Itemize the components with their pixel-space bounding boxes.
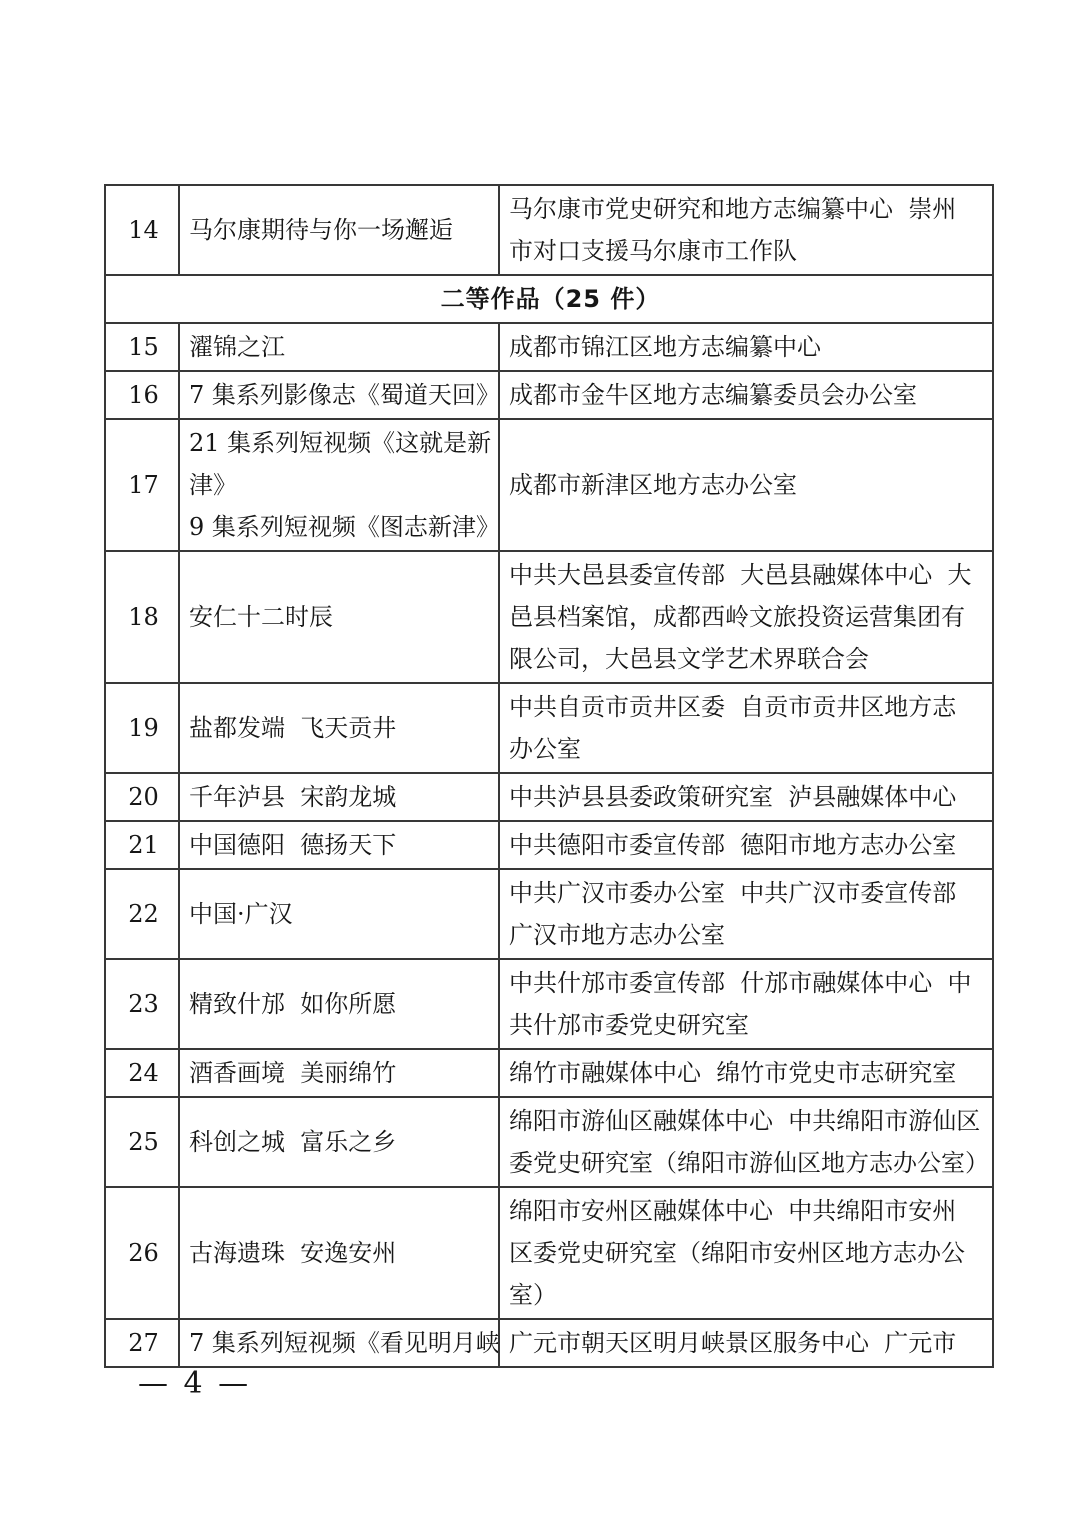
row-number-cell: 22 bbox=[105, 869, 179, 959]
table-row: 25科创之城 富乐之乡绵阳市游仙区融媒体中心 中共绵阳市游仙区 委党史研究室（绵… bbox=[105, 1097, 993, 1187]
work-title-cell: 安仁十二时辰 bbox=[179, 551, 499, 683]
work-title-cell: 千年泸县 宋韵龙城 bbox=[179, 773, 499, 821]
table-row: 22中国·广汉中共广汉市委办公室 中共广汉市委宣传部 广汉市地方志办公室 bbox=[105, 869, 993, 959]
work-title-cell: 濯锦之江 bbox=[179, 323, 499, 371]
work-title-cell: 精致什邡 如你所愿 bbox=[179, 959, 499, 1049]
table-row: 14马尔康期待与你一场邂逅马尔康市党史研究和地方志编纂中心 崇州 市对口支援马尔… bbox=[105, 185, 993, 275]
row-number-cell: 27 bbox=[105, 1319, 179, 1367]
document-page: 14马尔康期待与你一场邂逅马尔康市党史研究和地方志编纂中心 崇州 市对口支援马尔… bbox=[0, 0, 1080, 1527]
organization-cell: 成都市金牛区地方志编纂委员会办公室 bbox=[499, 371, 993, 419]
work-title-cell: 中国德阳 德扬天下 bbox=[179, 821, 499, 869]
row-number-cell: 14 bbox=[105, 185, 179, 275]
organization-cell: 成都市锦江区地方志编纂中心 bbox=[499, 323, 993, 371]
organization-cell: 中共泸县县委政策研究室 泸县融媒体中心 bbox=[499, 773, 993, 821]
organization-cell: 成都市新津区地方志办公室 bbox=[499, 419, 993, 551]
row-number-cell: 19 bbox=[105, 683, 179, 773]
table-row: 24酒香画境 美丽绵竹绵竹市融媒体中心 绵竹市党史市志研究室 bbox=[105, 1049, 993, 1097]
table-row: 23精致什邡 如你所愿中共什邡市委宣传部 什邡市融媒体中心 中 共什邡市委党史研… bbox=[105, 959, 993, 1049]
table-row: 21中国德阳 德扬天下中共德阳市委宣传部 德阳市地方志办公室 bbox=[105, 821, 993, 869]
awards-table: 14马尔康期待与你一场邂逅马尔康市党史研究和地方志编纂中心 崇州 市对口支援马尔… bbox=[104, 184, 994, 1368]
organization-cell: 中共自贡市贡井区委 自贡市贡井区地方志 办公室 bbox=[499, 683, 993, 773]
work-title-cell: 中国·广汉 bbox=[179, 869, 499, 959]
row-number-cell: 24 bbox=[105, 1049, 179, 1097]
work-title-cell: 7 集系列影像志《蜀道天回》 bbox=[179, 371, 499, 419]
row-number-cell: 25 bbox=[105, 1097, 179, 1187]
organization-cell: 中共广汉市委办公室 中共广汉市委宣传部 广汉市地方志办公室 bbox=[499, 869, 993, 959]
organization-cell: 马尔康市党史研究和地方志编纂中心 崇州 市对口支援马尔康市工作队 bbox=[499, 185, 993, 275]
section-header: 二等作品（25 件） bbox=[105, 275, 993, 323]
work-title-cell: 古海遗珠 安逸安州 bbox=[179, 1187, 499, 1319]
row-number-cell: 21 bbox=[105, 821, 179, 869]
table-row: 26古海遗珠 安逸安州绵阳市安州区融媒体中心 中共绵阳市安州 区委党史研究室（绵… bbox=[105, 1187, 993, 1319]
row-number-cell: 17 bbox=[105, 419, 179, 551]
section-header-row: 二等作品（25 件） bbox=[105, 275, 993, 323]
organization-cell: 广元市朝天区明月峡景区服务中心 广元市 bbox=[499, 1319, 993, 1367]
organization-cell: 中共德阳市委宣传部 德阳市地方志办公室 bbox=[499, 821, 993, 869]
row-number-cell: 20 bbox=[105, 773, 179, 821]
table-row: 167 集系列影像志《蜀道天回》成都市金牛区地方志编纂委员会办公室 bbox=[105, 371, 993, 419]
row-number-cell: 16 bbox=[105, 371, 179, 419]
organization-cell: 绵阳市游仙区融媒体中心 中共绵阳市游仙区 委党史研究室（绵阳市游仙区地方志办公室… bbox=[499, 1097, 993, 1187]
row-number-cell: 15 bbox=[105, 323, 179, 371]
awards-table-body: 14马尔康期待与你一场邂逅马尔康市党史研究和地方志编纂中心 崇州 市对口支援马尔… bbox=[105, 185, 993, 1367]
row-number-cell: 18 bbox=[105, 551, 179, 683]
row-number-cell: 23 bbox=[105, 959, 179, 1049]
work-title-cell: 21 集系列短视频《这就是新 津》 9 集系列短视频《图志新津》 bbox=[179, 419, 499, 551]
organization-cell: 绵阳市安州区融媒体中心 中共绵阳市安州 区委党史研究室（绵阳市安州区地方志办公 … bbox=[499, 1187, 993, 1319]
organization-cell: 绵竹市融媒体中心 绵竹市党史市志研究室 bbox=[499, 1049, 993, 1097]
page-number: — 4 — bbox=[138, 1366, 251, 1401]
table-row: 18安仁十二时辰中共大邑县委宣传部 大邑县融媒体中心 大 邑县档案馆，成都西岭文… bbox=[105, 551, 993, 683]
table-row: 19盐都发端 飞天贡井中共自贡市贡井区委 自贡市贡井区地方志 办公室 bbox=[105, 683, 993, 773]
table-row: 1721 集系列短视频《这就是新 津》 9 集系列短视频《图志新津》成都市新津区… bbox=[105, 419, 993, 551]
table-row: 20千年泸县 宋韵龙城中共泸县县委政策研究室 泸县融媒体中心 bbox=[105, 773, 993, 821]
work-title-cell: 酒香画境 美丽绵竹 bbox=[179, 1049, 499, 1097]
work-title-cell: 科创之城 富乐之乡 bbox=[179, 1097, 499, 1187]
table-row: 277 集系列短视频《看见明月峡》广元市朝天区明月峡景区服务中心 广元市 bbox=[105, 1319, 993, 1367]
work-title-cell: 马尔康期待与你一场邂逅 bbox=[179, 185, 499, 275]
table-row: 15濯锦之江成都市锦江区地方志编纂中心 bbox=[105, 323, 993, 371]
row-number-cell: 26 bbox=[105, 1187, 179, 1319]
work-title-cell: 盐都发端 飞天贡井 bbox=[179, 683, 499, 773]
work-title-cell: 7 集系列短视频《看见明月峡》 bbox=[179, 1319, 499, 1367]
organization-cell: 中共大邑县委宣传部 大邑县融媒体中心 大 邑县档案馆，成都西岭文旅投资运营集团有… bbox=[499, 551, 993, 683]
organization-cell: 中共什邡市委宣传部 什邡市融媒体中心 中 共什邡市委党史研究室 bbox=[499, 959, 993, 1049]
